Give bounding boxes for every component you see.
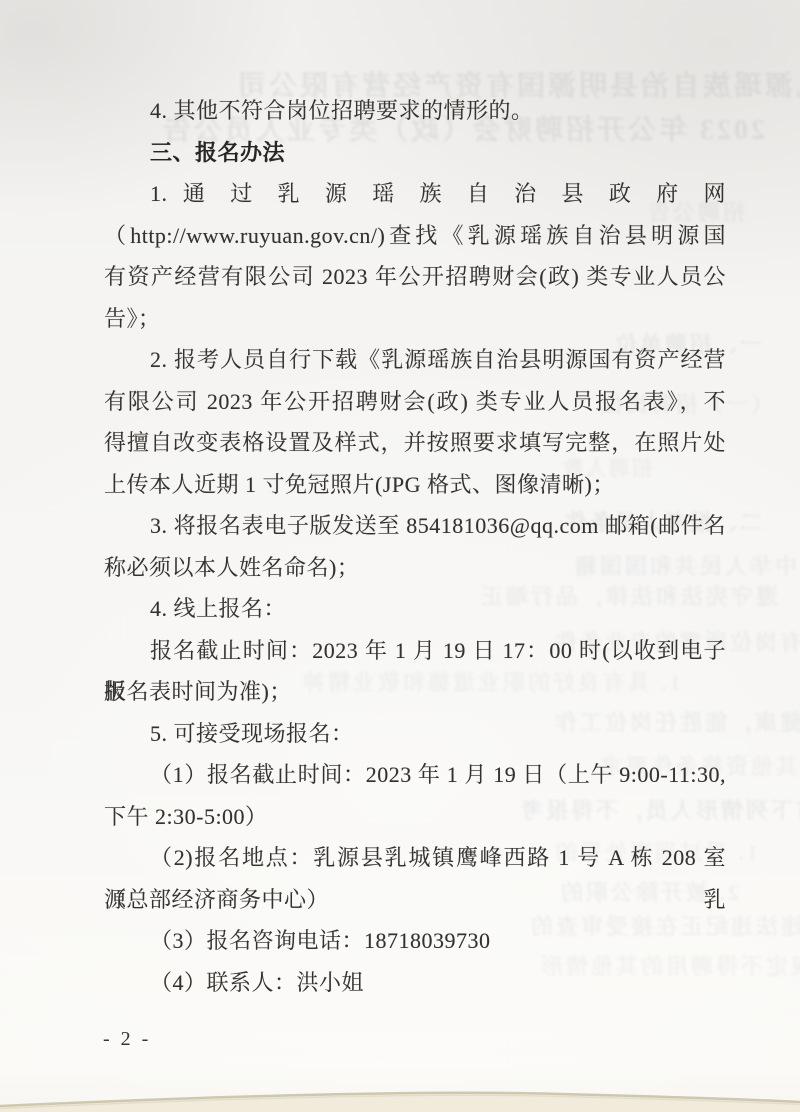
document-line: 告》；: [104, 298, 726, 340]
document-line: （3）报名咨询电话：18718039730: [104, 920, 726, 962]
document-line: 4. 其他不符合岗位招聘要求的情形的。: [104, 90, 726, 132]
document-line: 得擅自改变表格设置及样式，并按照要求填写完整，在照片处: [104, 422, 726, 464]
document-line: （1）报名截止时间：2023 年 1 月 19 日（上午 9:00-11:30,: [104, 754, 726, 796]
document-line: （2)报名地点：乳源县乳城镇鹰峰西路 1 号 A 栋 208 室（乳: [104, 837, 726, 879]
paper-edge: [0, 1086, 800, 1112]
document-line: 4. 线上报名：: [104, 588, 726, 630]
document-line: 报名表时间为准)；: [104, 671, 726, 713]
document-line: 三、报名办法: [104, 132, 726, 174]
page-number: - 2 -: [103, 1028, 151, 1051]
document-line: 称必须以本人姓名命名)；: [104, 547, 726, 589]
document-line: 上传本人近期 1 寸免冠照片(JPG 格式、图像清晰)；: [104, 464, 726, 506]
document-line: （4）联系人：洪小姐: [104, 962, 726, 1004]
document-line: （http://www.ruyuan.gov.cn/)查找《乳源瑶族自治县明源国: [104, 215, 726, 257]
document-line: 1. 通 过 乳 源 瑶 族 自 治 县 政 府 网: [104, 173, 726, 215]
document-line: 2. 报考人员自行下载《乳源瑶族自治县明源国有资产经营: [104, 339, 726, 381]
document-page: 乳源瑶族自治县明源国有资产经营有限公司2023 年公开招聘财会（政）类专业人员公…: [0, 0, 800, 1112]
document-line: 有限公司 2023 年公开招聘财会(政) 类专业人员报名表》，不: [104, 381, 726, 423]
document-line: 下午 2:30-5:00）: [104, 796, 726, 838]
document-line: 报名截止时间：2023 年 1 月 19 日 17：00 时(以收到电子版: [104, 630, 726, 672]
document-line: 有资产经营有限公司 2023 年公开招聘财会(政) 类专业人员公: [104, 256, 726, 298]
document-body: 4. 其他不符合岗位招聘要求的情形的。三、报名办法1. 通 过 乳 源 瑶 族 …: [104, 90, 726, 1003]
document-line: 5. 可接受现场报名：: [104, 713, 726, 755]
document-line: 3. 将报名表电子版发送至 854181036@qq.com 邮箱(邮件名: [104, 505, 726, 547]
